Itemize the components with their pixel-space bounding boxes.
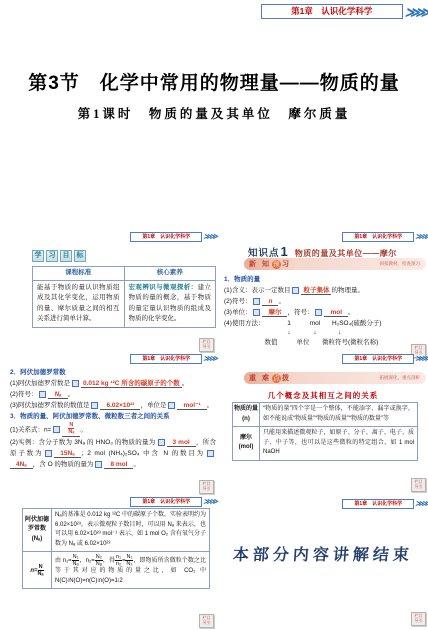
symbol-line: (2)符号：n。 xyxy=(224,296,426,307)
nav-badge[interactable]: 栏目 导引 xyxy=(199,338,214,352)
text-run: ；2 mol (NH₄)₂SO₄ 中含 N 的数目为 xyxy=(81,450,205,457)
knowledge-point-slide: 第1章 认识化学科学 ≫≫ 知识点 1 物质的量及其单位——摩尔 新 知 预 习… xyxy=(218,226,428,354)
banner-tagline: 拓展深化，重点剖析 xyxy=(380,375,421,381)
page-subtitle: 第1课时 物质的量及其单位 摩尔质量 xyxy=(0,104,428,122)
preview-banner: 新 知 预 习 回扣教材，检查预习 xyxy=(244,258,426,270)
fraction-denominator: Nₐ xyxy=(95,561,103,567)
text-run: (3)单位： xyxy=(224,309,251,316)
badge-text: 导引 xyxy=(203,621,211,626)
down-arrow-icon: ↓ xyxy=(302,329,328,337)
answer-box-icon[interactable] xyxy=(72,380,79,387)
text-run: (2)符号： xyxy=(10,391,37,398)
logo-char: 学 xyxy=(32,250,44,262)
usage-formula: H₂SO₄(硫酸分子) xyxy=(328,318,426,329)
value-label: 数值 xyxy=(254,337,288,348)
col-header-competency: 核心素养 xyxy=(124,267,216,281)
avogadro-value-line: (3)阿伏加德罗常数的数值是6.02×10²³，单位是mol⁻¹。 xyxy=(10,400,216,411)
ending-message: 本部分内容讲解结束 xyxy=(217,542,428,565)
table-row: 能基于物质的量认识物质组成及其化学变化，运用物质的量、摩尔质量之间的相互关系进行… xyxy=(33,280,216,327)
kp-number: 1 xyxy=(281,244,288,259)
section-heading: 1．物质的量 xyxy=(224,274,426,285)
logo-char: 目 xyxy=(60,250,72,262)
answer-box-icon[interactable] xyxy=(39,391,46,398)
arrows-row: ↓ ↓ ↓ xyxy=(224,329,426,337)
text-run: (2)实例：含分子数为 3Nₐ 的 HNO₃ 的物质的量为 xyxy=(10,439,156,446)
usage-number: 1 xyxy=(276,318,302,329)
answer-box-icon[interactable] xyxy=(53,426,60,433)
logo-char: 习 xyxy=(46,250,58,262)
answer-box-icon[interactable] xyxy=(253,298,260,305)
avogadro-def-line: (1)阿伏加德罗常数是0.012 kg ¹²C 所含的碳原子的个数。 xyxy=(10,378,216,389)
text-run: ，符号： xyxy=(287,309,313,316)
concepts-table: 物质的量(n) “物质的量”四个字是一个整体，不能添字、漏字或换字，如不能说成“… xyxy=(232,402,418,461)
key-points-banner: 重 难 点 拨 拓展深化，重点剖析 xyxy=(244,372,426,384)
chevron-right-icon: ≫≫ xyxy=(203,498,216,506)
section-heading: 2．阿伏加德罗常数 xyxy=(10,367,216,378)
row-header: 阿伏加德罗常数(Nₐ) xyxy=(23,509,52,552)
goals-table: 课程标准 核心素养 能基于物质的量认识物质组成及其化学变化，运用物质的量、摩尔质… xyxy=(32,266,216,328)
badge-text: 导引 xyxy=(203,487,211,492)
definition-line: (1)含义：表示一定数目粒子集体的物理量。 xyxy=(224,285,426,296)
text-run: 。 xyxy=(207,402,214,409)
answer-box-icon[interactable] xyxy=(292,287,299,294)
section-heading: 3．物质的量、阿伏加德罗常数、微粒数三者之间的关系 xyxy=(10,411,216,422)
down-arrow-icon: ↓ xyxy=(328,329,426,337)
chapter-header-bar: 第1章 认识化学科学 ≫≫ xyxy=(261,4,426,19)
relation-line: (1)关系式：n=NNₐ。 xyxy=(10,422,216,437)
concept-name: 物质的量(n) xyxy=(233,403,260,427)
textbook-page: 第1章 认识化学科学 ≫≫ 第3节 化学中常用的物理量——物质的量 第1课时 物… xyxy=(0,0,428,630)
table-row: n=NNₐ 由 n₁=N₁Nₐ，n₂=N₂Nₐ，得n₁n₂=N₁N₂，即物质所含… xyxy=(23,552,210,589)
avogadro-slide: 第1章 认识化学科学 ≫≫ 2．阿伏加德罗常数 (1)阿伏加德罗常数是0.012… xyxy=(8,354,216,496)
fraction-numerator: N₂ xyxy=(95,554,103,561)
table-row: 阿伏加德罗常数(Nₐ) Nₐ的基准是 0.012 kg ¹²C 中的碳原子个数，… xyxy=(23,509,210,552)
curriculum-cell: 能基于物质的量认识物质组成及其化学变化，运用物质的量、摩尔质量之间的相互关系进行… xyxy=(33,280,125,327)
avogadro-content: 2．阿伏加德罗常数 (1)阿伏加德罗常数是0.012 kg ¹²C 所含的碳原子… xyxy=(10,367,216,470)
text-run: (3)阿伏加德罗常数的数值是 xyxy=(10,402,89,409)
chevron-right-icon: ≫≫ xyxy=(203,233,216,241)
badge-text: 导引 xyxy=(415,485,423,490)
row-body-formula: 由 n₁=N₁Nₐ，n₂=N₂Nₐ，得n₁n₂=N₁N₂，即物质所含微粒个数之比… xyxy=(52,552,210,589)
fraction: n₁n₂ xyxy=(115,554,122,567)
text-run: (4)使用方法： xyxy=(224,318,276,329)
chevron-right-icon: ≫≫ xyxy=(405,5,426,19)
text-run: (1)关系式：n= xyxy=(10,426,51,433)
answer-box-icon[interactable] xyxy=(45,450,52,457)
answer-box-icon[interactable] xyxy=(253,309,260,316)
chapter-label: 第1章 认识化学科学 xyxy=(130,354,202,364)
text-run: ，得 xyxy=(103,558,115,564)
answer-text: 8 mol xyxy=(104,461,133,469)
fraction-numerator: n₁ xyxy=(115,554,122,561)
banner-text: 习 xyxy=(282,259,291,269)
answer-text: mol⁻¹ xyxy=(177,402,206,410)
ending-slide: 第1章 认识化学科学 ≫≫ 本部分内容讲解结束 栏目 导引 xyxy=(218,496,428,630)
fraction-numerator: N xyxy=(68,422,74,429)
avogadro-symbol-line: (2)符号：Nₐ。 xyxy=(10,389,216,400)
answer-box-icon[interactable] xyxy=(91,402,98,409)
chevron-right-icon: ≫≫ xyxy=(415,500,428,508)
page-title: 第3节 化学中常用的物理量——物质的量 xyxy=(0,68,428,95)
particle-label: 微粒符号(微粒名称) xyxy=(318,337,426,348)
answer-box-icon[interactable] xyxy=(168,402,175,409)
chapter-label: 第1章 认识化学科学 xyxy=(342,232,414,242)
banner-circle-char: 预 xyxy=(272,260,281,269)
answer-text: 粒子集体 xyxy=(301,287,331,295)
text-run: ，n₂= xyxy=(79,558,94,564)
fraction: N₂Nₐ xyxy=(95,554,103,567)
formula-text: n= xyxy=(30,568,37,574)
knowledge-point-heading: 知识点 1 物质的量及其单位——摩尔 xyxy=(248,244,397,259)
labels-row: 数值 单位 微粒符号(微粒名称) xyxy=(224,337,426,348)
kp-content: 1．物质的量 (1)含义：表示一定数目粒子集体的物理量。 (2)符号：n。 (3… xyxy=(224,274,426,348)
key-points-slide: 第1章 认识化学科学 ≫≫ 重 难 点 拨 拓展深化，重点剖析 几个概念及其相互… xyxy=(218,354,428,496)
usage-unit: mol xyxy=(302,318,328,329)
nav-badge[interactable]: 栏目 导引 xyxy=(199,480,214,494)
concept-description: 只能用来描述微观粒子，如原子、分子、离子、电子、质子、中子等，也可以是这些微粒的… xyxy=(260,427,418,461)
na-note-table: 阿伏加德罗常数(Nₐ) Nₐ的基准是 0.012 kg ¹²C 中的碳原子个数，… xyxy=(22,508,210,589)
fraction-denominator: Nₐ xyxy=(68,429,74,435)
chapter-header-bar: 第1章 认识化学科学 ≫≫ xyxy=(342,354,428,364)
text-run: 。 xyxy=(182,380,189,387)
concept-name: 摩尔(mol) xyxy=(233,427,260,461)
logo-char: 标 xyxy=(74,250,86,262)
answer-text: 4Nₐ xyxy=(10,461,33,469)
answer-text: 0.012 kg ¹²C 所含的碳原子的个数 xyxy=(81,380,182,388)
na-note-slide: 第1章 认识化学科学 ≫≫ 阿伏加德罗常数(Nₐ) Nₐ的基准是 0.012 k… xyxy=(8,496,216,630)
unit-label: 单位 xyxy=(288,337,318,348)
text-run: (1)含义：表示一定数目 xyxy=(224,287,290,294)
competency-lead: 宏观辨识与微观探析： xyxy=(129,284,198,291)
answer-text: Nₐ xyxy=(48,391,67,399)
answer-text: n xyxy=(262,298,278,306)
answer-text: 6.02×10²³ xyxy=(100,402,140,410)
table-row: 物质的量(n) “物质的量”四个字是一个整体，不能添字、漏字或换字，如不能说成“… xyxy=(233,403,418,427)
banner-text: 重 难 xyxy=(249,373,271,383)
text-run: 。 xyxy=(68,391,75,398)
fraction-denominator: n₂ xyxy=(115,561,122,567)
chevron-right-icon: ≫≫ xyxy=(415,355,428,363)
answer-box-icon[interactable] xyxy=(207,450,214,457)
badge-text: 导引 xyxy=(415,619,423,624)
fraction-numerator: N xyxy=(38,564,44,571)
title-slide: 第1章 认识化学科学 ≫≫ 第3节 化学中常用的物理量——物质的量 第1课时 物… xyxy=(0,0,428,226)
fraction-denominator: Nₐ xyxy=(38,571,44,577)
chapter-header-bar: 第1章 认识化学科学 ≫≫ xyxy=(342,232,428,242)
answer-text: 3 mol xyxy=(167,439,196,447)
row-header-formula: n=NNₐ xyxy=(23,552,52,589)
banner-text: 拨 xyxy=(282,373,291,383)
kp-label: 知识点 xyxy=(248,245,280,259)
answer-text: 15Nₐ xyxy=(54,450,80,458)
example-line: (2)实例：含分子数为 3Nₐ 的 HNO₃ 的物质的量为3 mol，所含原子数… xyxy=(10,437,216,470)
fraction: NNₐ xyxy=(62,422,80,437)
competency-cell: 宏观辨识与微观探析：建立物质的量的概念，基于物质的量定量认识物质的组成及物质的化… xyxy=(124,280,216,327)
text-run: 的物理量。 xyxy=(331,287,364,294)
nav-badge[interactable]: 栏目 导引 xyxy=(411,478,426,492)
answer-text: mol xyxy=(324,309,348,317)
key-points-banner-label: 重 难 点 拨 xyxy=(244,372,296,384)
banner-circle-char: 点 xyxy=(272,374,281,383)
chapter-label: 第1章 认识化学科学 xyxy=(342,499,414,509)
chapter-header-bar: 第1章 认识化学科学 ≫≫ xyxy=(130,497,216,507)
text-run: 由 n₁= xyxy=(55,558,72,564)
text-run: (2)符号： xyxy=(224,298,251,305)
text-run: 。 xyxy=(348,309,355,316)
concept-description: “物质的量”四个字是一个整体，不能添字、漏字或换字，如不能说成“物质量”“物质的… xyxy=(260,403,418,427)
concepts-title: 几个概念及其相互之间的关系 xyxy=(218,390,428,401)
down-arrow-icon: ↓ xyxy=(276,329,302,337)
text-run: 。 xyxy=(133,461,140,468)
learning-goals-logo: 学 习 目 标 xyxy=(32,250,88,262)
answer-box-icon[interactable] xyxy=(315,309,322,316)
chapter-header-bar: 第1章 认识化学科学 ≫≫ xyxy=(130,232,216,242)
text-run: ，单位是 xyxy=(140,402,166,409)
text-run: 。 xyxy=(80,426,87,433)
chevron-right-icon: ≫≫ xyxy=(415,233,428,241)
preview-banner-label: 新 知 预 习 xyxy=(244,258,296,270)
fraction: NNₐ xyxy=(38,564,44,577)
answer-box-icon[interactable] xyxy=(95,461,102,468)
text-run: ，含 O 的物质的量为 xyxy=(33,461,94,468)
chapter-header-bar: 第1章 认识化学科学 ≫≫ xyxy=(342,499,428,509)
learning-goals-slide: 第1章 认识化学科学 ≫≫ 学 习 目 标 课程标准 核心素养 能基于物质的量认… xyxy=(8,228,216,354)
banner-text: 新 知 xyxy=(249,259,271,269)
text-run: 。 xyxy=(278,298,285,305)
table-row: 摩尔(mol) 只能用来描述微观粒子，如原子、分子、离子、电子、质子、中子等，也… xyxy=(233,427,418,461)
chapter-label: 第1章 认识化学科学 xyxy=(130,232,202,242)
text-run: (1)阿伏加德罗常数是 xyxy=(10,380,70,387)
banner-tagline: 回扣教材，检查预习 xyxy=(380,261,421,267)
nav-badge[interactable]: 栏目 导引 xyxy=(199,614,214,628)
chapter-label: 第1章 认识化学科学 xyxy=(261,4,403,19)
table-header-row: 课程标准 核心素养 xyxy=(33,267,216,281)
unit-line: (3)单位：摩尔，符号：mol。 xyxy=(224,307,426,318)
answer-text: 摩尔 xyxy=(262,309,287,317)
col-header-curriculum: 课程标准 xyxy=(33,267,125,281)
badge-text: 导引 xyxy=(203,345,211,350)
row-body: Nₐ的基准是 0.012 kg ¹²C 中的碳原子个数，实验表明约为 6.02×… xyxy=(52,509,210,552)
chevron-right-icon: ≫≫ xyxy=(203,355,216,363)
nav-badge[interactable]: 栏目 导引 xyxy=(411,612,426,626)
chapter-label: 第1章 认识化学科学 xyxy=(130,497,202,507)
answer-box-icon[interactable] xyxy=(158,439,165,446)
chapter-label: 第1章 认识化学科学 xyxy=(342,354,414,364)
usage-line: (4)使用方法： 1 mol H₂SO₄(硫酸分子) xyxy=(224,318,426,329)
chapter-header-bar: 第1章 认识化学科学 ≫≫ xyxy=(130,354,216,364)
